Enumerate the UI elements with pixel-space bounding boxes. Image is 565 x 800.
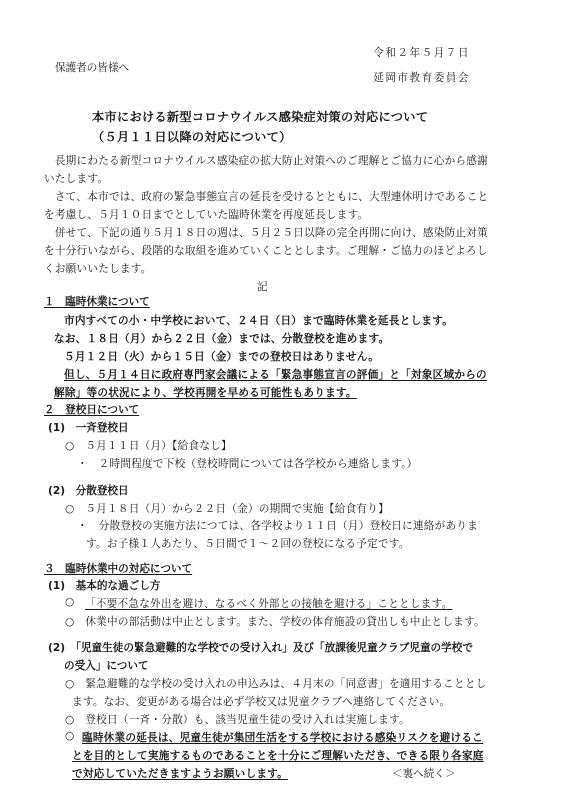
section-2-sub1-bullet: ・ ２時間程度で下校（登校時間については各学校から連絡します。） (77, 456, 418, 471)
section-1-note: 解除」等の状況により、学校再開を早める可能性もあります。 (54, 385, 357, 400)
section-2-sub1-heading: (1) 一斉登校日 (48, 420, 129, 435)
section-2-sub1-item: ○ ５月１１日（月）【給食なし】 (65, 438, 232, 453)
section-1-line: ５月１２日（火）から１５日（金）までの登校日はありません。 (64, 349, 379, 364)
section-2-sub2-heading: (2) 分散登校日 (48, 483, 129, 498)
section-2-sub2-item: ○ ５月１８日（月）から２２日（金）の期間で実施【給食有り】 (65, 501, 389, 516)
intro-line: さて、本市では、政府の緊急事態宣言の延長を受けるとともに、大型連休明けであること (44, 189, 488, 204)
section-2-sub2-bullet: ・ 分散登校の実施方法につては、各学校より１１日（月）登校日に連絡がありま (77, 518, 478, 533)
intro-line: 併せて、下記の通り５月１８日の週は、５月２５日以降の完全再開に向け、感染防止対策 (44, 225, 488, 240)
section-3-sub2-item: ○ 緊急避難的な学校の受け入れの申込みは、４月末の「同意書」を適用することとし (65, 676, 487, 691)
intro-line: を十分行いながら、段階的な取組を進めていくこととします。ご理解・ご協力のほどよろ… (44, 243, 488, 258)
continued-overleaf: ＜裏へ続く＞ (392, 766, 456, 781)
section-3-sub2-note: で対応していただきますようお願いします。 (72, 766, 288, 781)
intro-line: いたします。 (44, 171, 108, 186)
section-3-heading: ３ 臨時休業中の対応について (44, 561, 192, 576)
ki-marker: 記 (257, 279, 268, 294)
section-1-heading: １ 臨時休業について (44, 294, 150, 309)
section-2-heading: ２ 登校日について (44, 402, 139, 417)
section-3-sub1-heading: (1) 基本的な過ごし方 (48, 578, 160, 593)
section-3-sub1-item: ○ 休業中の部活動は中止とします。また、学校の体育施設の貸出しも中止とします。 (65, 614, 485, 629)
issuer: 延岡市教育委員会 (373, 70, 470, 85)
intro-line: 長期にわたる新型コロナウイルス感染症の拡大防止対策へのご理解とご協力に心から感謝 (44, 153, 488, 168)
intro-line: くお願いいたします。 (44, 261, 152, 276)
section-3-sub2-note: とを目的として実施するものであることを十分にご理解いただき、できる限り各家庭 (72, 748, 484, 763)
section-3-sub2-item: ○ 登校日（一斉・分散）も、該当児童生徒の受け入れは実施します。 (65, 712, 410, 727)
circle-marker: ○ (65, 730, 74, 742)
intro-line: を考慮し、５月１０日までとしていた臨時休業を再度延長します。 (44, 207, 368, 222)
circle-marker: ○ (65, 596, 74, 608)
section-3-sub1-item: 「不要不急な外出を避け、なるべく外部との接触を避ける」こととします。 (85, 596, 452, 611)
section-1-note: 但し、５月１４日に政府専門家会議による「緊急事態宣言の評価」と「対象区域からの (64, 367, 487, 382)
section-3-sub2-heading: の受入」について (64, 658, 149, 673)
recipient: 保護者の皆様へ (55, 60, 129, 75)
section-3-sub2-item: ます。なお、変更がある場合は必ず学校又は児童クラブへ連絡してください。 (72, 694, 450, 709)
section-3-sub2-heading: (2) 「児童生徒の緊急避難的な学校での受け入れ」及び「放課後児童クラブ児童の学… (48, 640, 473, 655)
section-2-sub2-bullet: す。お子様１人あたり、５日間で１～２回の登校になる予定です。 (86, 536, 410, 551)
document-subtitle: （５月１１日以降の対応について） (92, 128, 292, 145)
document-date: 令和２年５月７日 (373, 45, 470, 60)
section-1-line: 市内すべての小・中学校において、２４日（日）まで臨時休業を延長とします。 (64, 313, 453, 328)
section-1-line: なお、１８日（月）から２２日（金）までは、分散登校を進めます。 (54, 331, 389, 346)
document-title: 本市における新型コロナウイルス感染症対策の対応について (92, 108, 428, 125)
section-3-sub2-note: 臨時休業の延長は、児童生徒が集団生活をする学校における感染リスクを避けるこ (82, 730, 483, 745)
